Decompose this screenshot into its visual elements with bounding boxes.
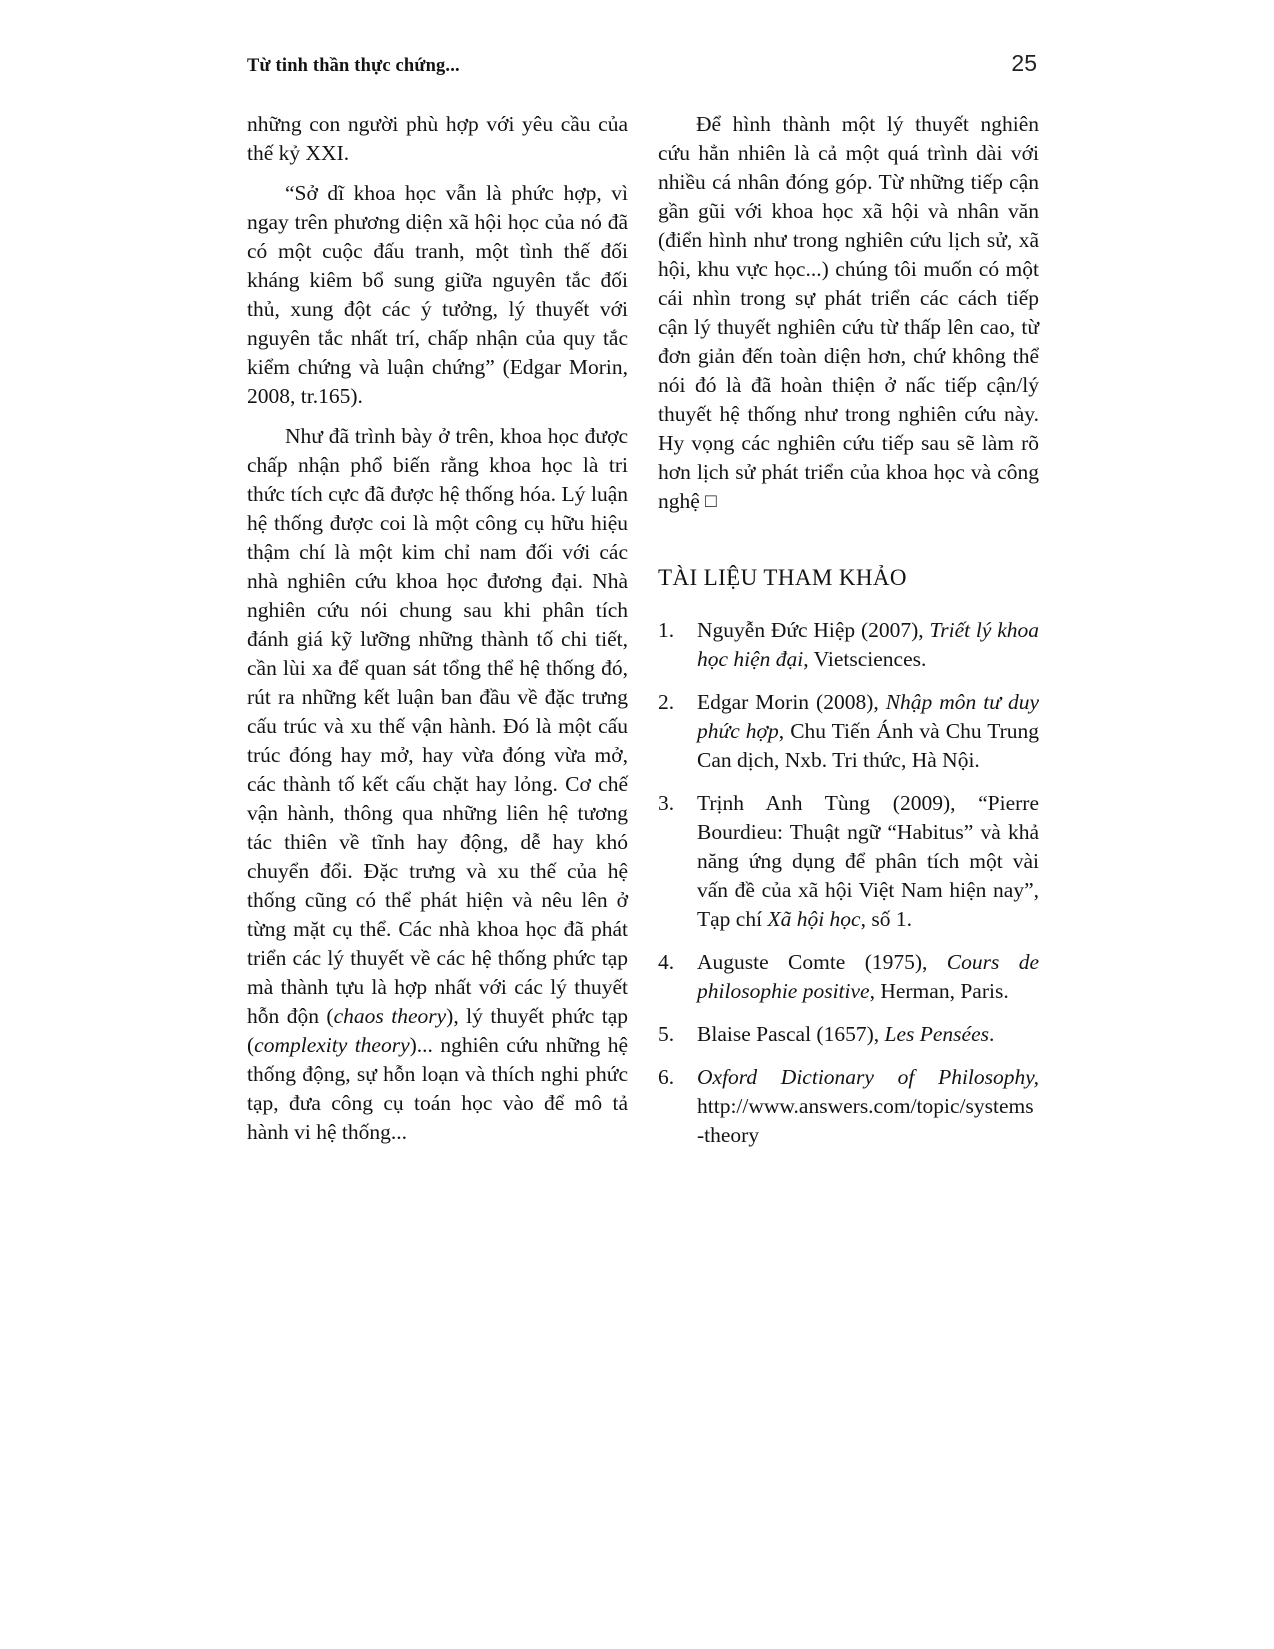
- reference-text: Auguste Comte (1975), Cours de philosoph…: [697, 948, 1039, 1006]
- reference-text: Blaise Pascal (1657), Les Pensées.: [697, 1020, 1039, 1049]
- reference-authors: Nguyễn Đức Hiệp (2007),: [697, 618, 929, 642]
- term-complexity-theory: complexity theory: [254, 1033, 409, 1057]
- running-title: Từ tinh thần thực chứng...: [247, 55, 460, 77]
- reference-item: 1. Nguyễn Đức Hiệp (2007), Triết lý khoa…: [658, 616, 1039, 674]
- paragraph-text: Như đã trình bày ở trên, khoa học được c…: [247, 424, 628, 1028]
- references-heading: TÀI LIỆU THAM KHẢO: [658, 563, 1039, 592]
- reference-source: .: [989, 1022, 994, 1046]
- reference-item: 4. Auguste Comte (1975), Cours de philos…: [658, 948, 1039, 1006]
- page-body: những con người phù hợp với yêu cầu của …: [247, 110, 1039, 1164]
- reference-number: 2.: [658, 688, 697, 775]
- reference-title: Xã hội học: [767, 907, 860, 931]
- reference-item: 2. Edgar Morin (2008), Nhập môn tư duy p…: [658, 688, 1039, 775]
- reference-source: , Herman, Paris.: [870, 979, 1009, 1003]
- reference-title: Les Pensées: [885, 1022, 990, 1046]
- reference-text: Nguyễn Đức Hiệp (2007), Triết lý khoa họ…: [697, 616, 1039, 674]
- reference-source: , số 1.: [861, 907, 912, 931]
- page-number: 25: [1011, 50, 1037, 77]
- paragraph-systems-theory: Như đã trình bày ở trên, khoa học được c…: [247, 422, 628, 1147]
- reference-item: 5. Blaise Pascal (1657), Les Pensées.: [658, 1020, 1039, 1049]
- reference-title: Oxford Dictionary of Philosophy,: [697, 1065, 1039, 1089]
- paper-page: Từ tinh thần thực chứng... 25 những con …: [0, 0, 1274, 1649]
- reference-number: 4.: [658, 948, 697, 1006]
- page-header: Từ tinh thần thực chứng... 25: [247, 50, 1037, 77]
- reference-text: Trịnh Anh Tùng (2009), “Pierre Bourdieu:…: [697, 789, 1039, 934]
- reference-authors: Edgar Morin (2008),: [697, 690, 886, 714]
- reference-text: Oxford Dictionary of Philosophy, http://…: [697, 1063, 1039, 1150]
- reference-url: http://www.answers.com/topic/systems-the…: [697, 1094, 1034, 1147]
- paragraph-text: Để hình thành một lý thuyết nghiên cứu h…: [658, 112, 1039, 513]
- paragraph-continuation: những con người phù hợp với yêu cầu của …: [247, 110, 628, 168]
- reference-number: 3.: [658, 789, 697, 934]
- right-column: Để hình thành một lý thuyết nghiên cứu h…: [658, 110, 1039, 1164]
- reference-number: 1.: [658, 616, 697, 674]
- paragraph-conclusion: Để hình thành một lý thuyết nghiên cứu h…: [658, 110, 1039, 517]
- reference-authors: Blaise Pascal (1657),: [697, 1022, 885, 1046]
- reference-source: , Vietsciences.: [803, 647, 926, 671]
- reference-number: 5.: [658, 1020, 697, 1049]
- reference-item: 6. Oxford Dictionary of Philosophy, http…: [658, 1063, 1039, 1150]
- reference-text: Edgar Morin (2008), Nhập môn tư duy phức…: [697, 688, 1039, 775]
- left-column: những con người phù hợp với yêu cầu của …: [247, 110, 628, 1164]
- reference-item: 3. Trịnh Anh Tùng (2009), “Pierre Bourdi…: [658, 789, 1039, 934]
- paragraph-quote-morin: “Sở dĩ khoa học vẫn là phức hợp, vì ngay…: [247, 179, 628, 411]
- references-list: 1. Nguyễn Đức Hiệp (2007), Triết lý khoa…: [658, 616, 1039, 1150]
- reference-authors: Auguste Comte (1975),: [697, 950, 947, 974]
- term-chaos-theory: chaos theory: [334, 1004, 447, 1028]
- reference-number: 6.: [658, 1063, 697, 1150]
- end-of-article-icon: □: [705, 491, 716, 512]
